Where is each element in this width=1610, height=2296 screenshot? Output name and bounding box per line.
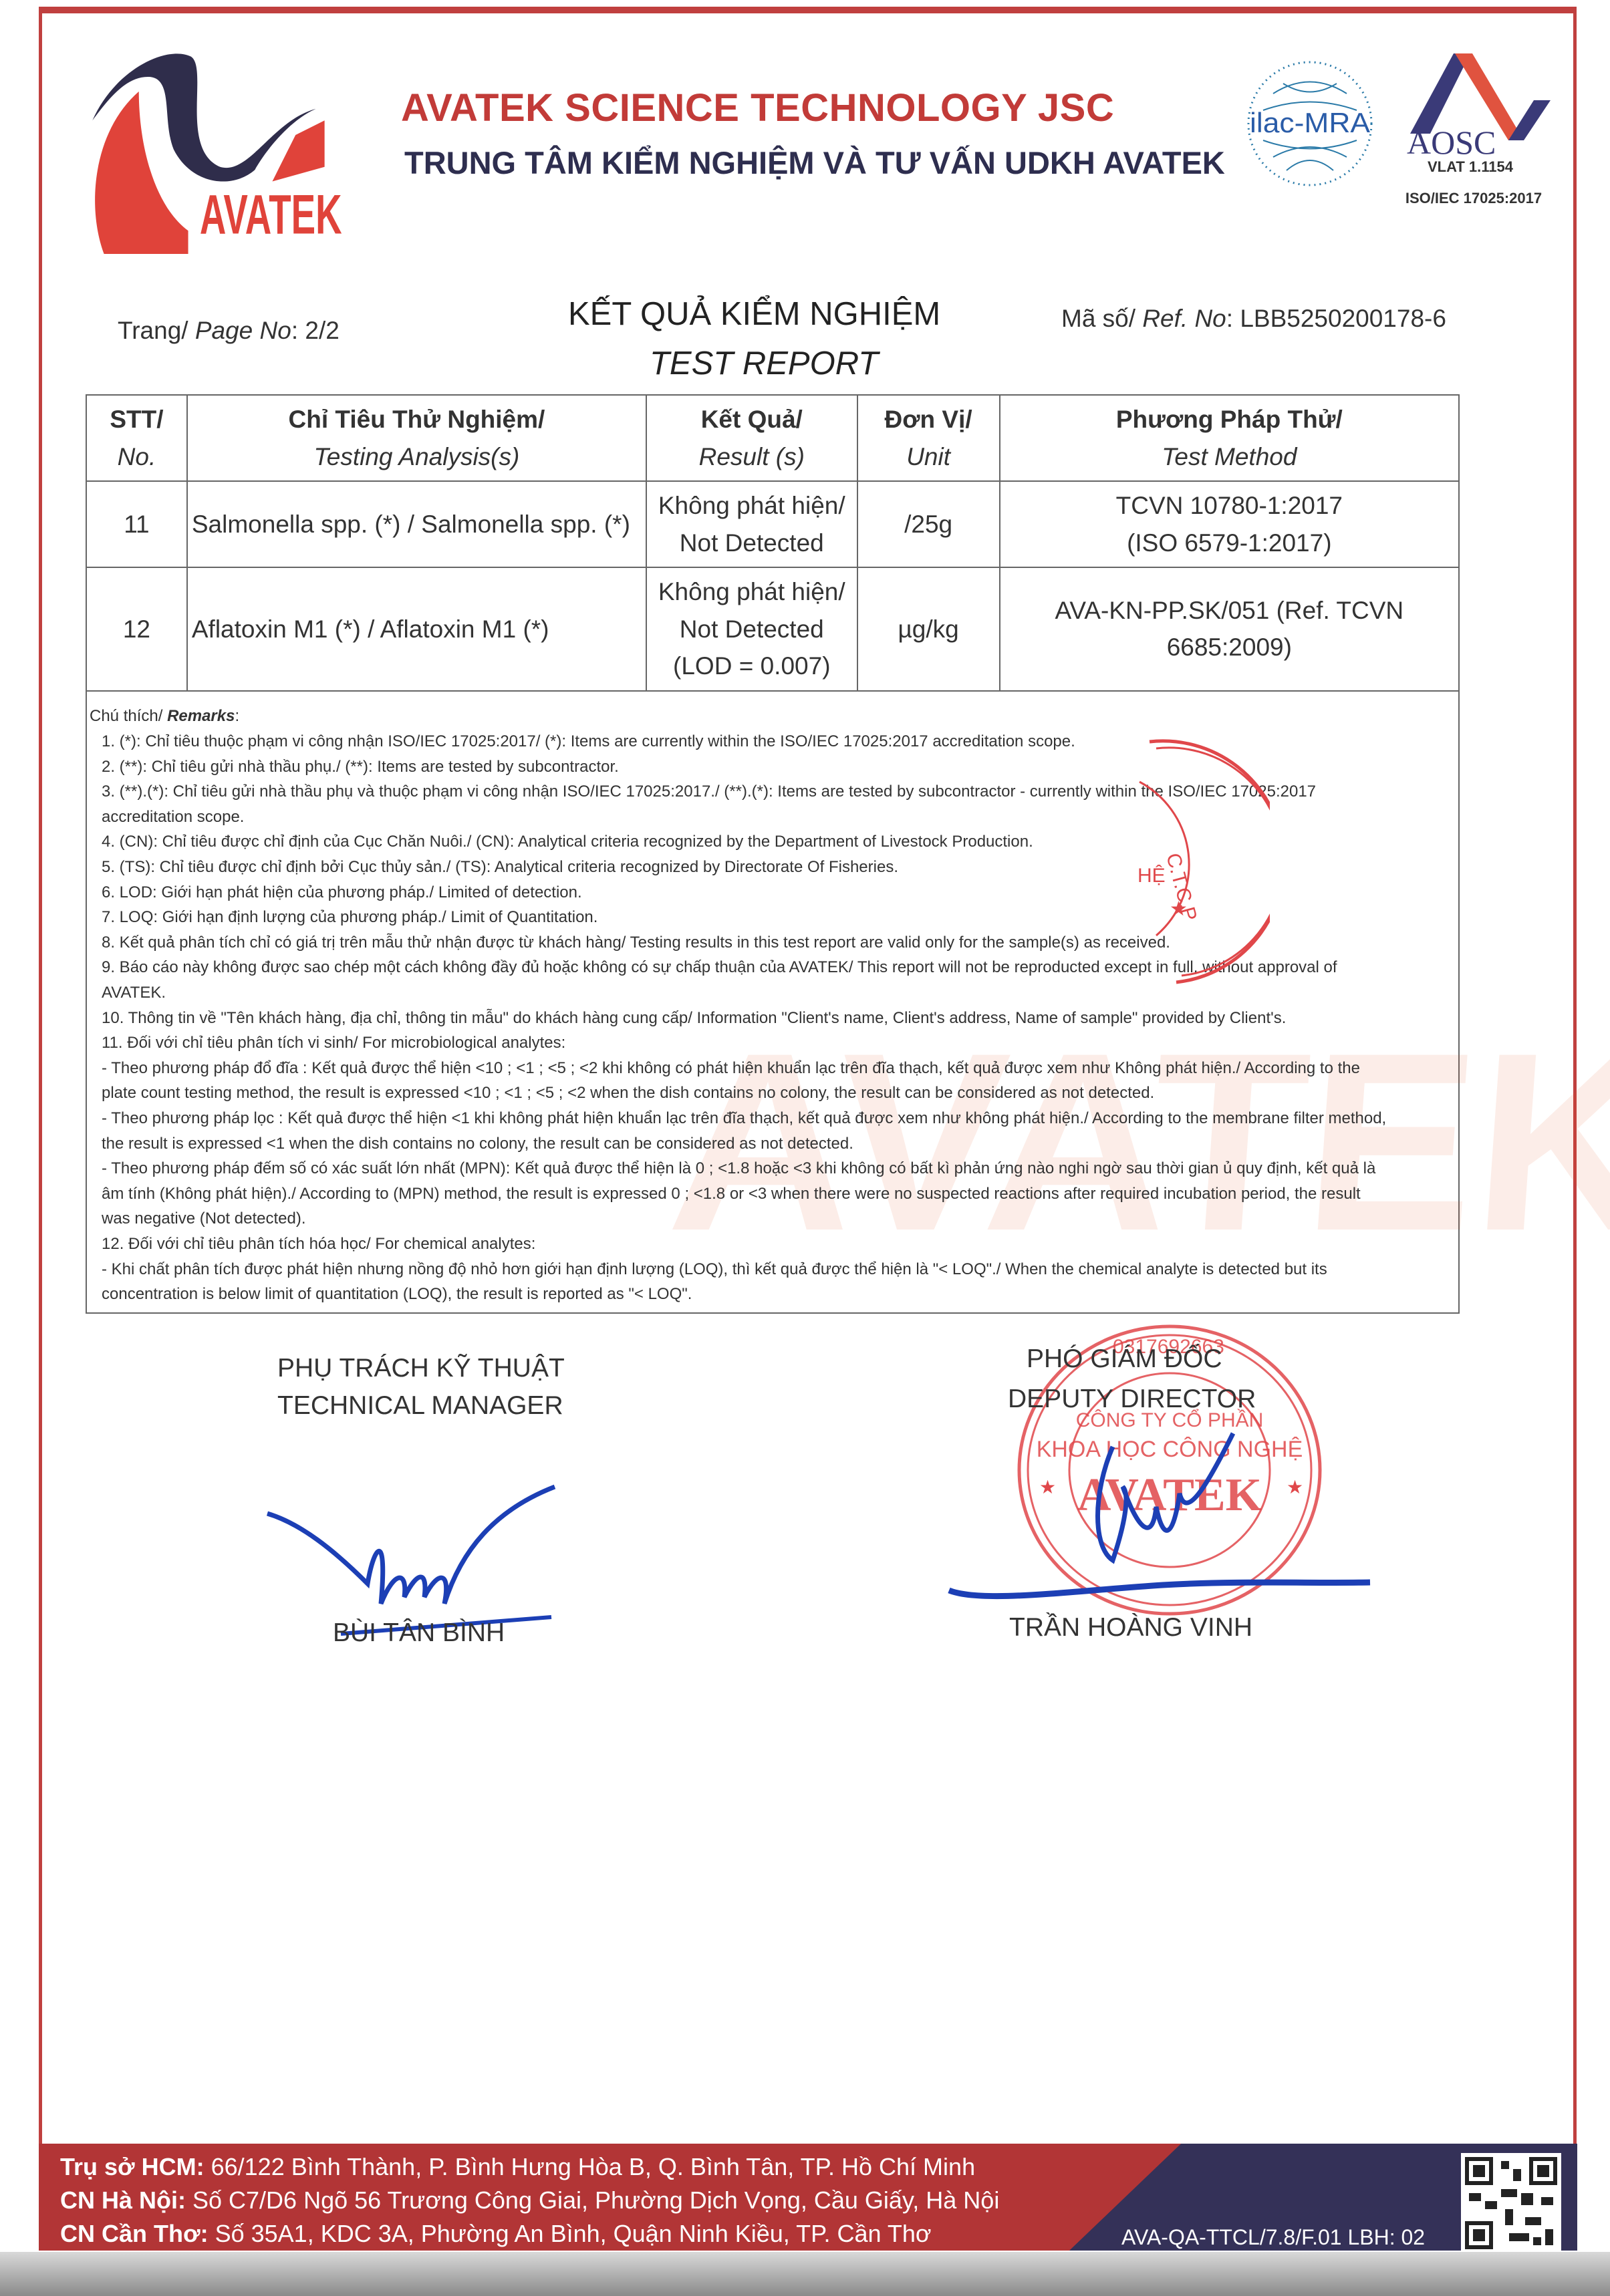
reference-number: Mã số/ Ref. No: LBB5250200178-6 <box>1061 305 1446 333</box>
ilac-mra-logo-icon: ilac-MRA <box>1243 57 1377 190</box>
remark-line: plate count testing method, the result i… <box>102 1084 1154 1103</box>
scan-bottom-edge <box>0 2252 1610 2296</box>
col-header-result: Kết Quả/Result (s) <box>646 395 857 481</box>
remark-line: 11. Đối với chỉ tiêu phân tích vi sinh/ … <box>102 1034 565 1052</box>
cell-result: Không phát hiện/Not Detected(LOD = 0.007… <box>646 567 857 691</box>
svg-text:AVATEK: AVATEK <box>1077 1469 1262 1521</box>
col-header-method: Phương Pháp Thử/Test Method <box>1000 395 1459 481</box>
remark-line: - Theo phương pháp đổ đĩa : Kết quả được… <box>102 1059 1360 1078</box>
company-name-vn: TRUNG TÂM KIỂM NGHIỆM VÀ TƯ VẤN UDKH AVA… <box>404 144 1225 181</box>
remark-line: 10. Thông tin về "Tên khách hàng, địa ch… <box>102 1009 1286 1028</box>
remark-line: 3. (**).(*): Chỉ tiêu gửi nhà thầu phụ v… <box>102 782 1316 801</box>
cell-no: 12 <box>86 567 187 691</box>
remark-line: concentration is below limit of quantita… <box>102 1285 692 1304</box>
svg-text:KHOA HỌC CÔNG NGHỆ: KHOA HỌC CÔNG NGHỆ <box>1037 1437 1303 1462</box>
results-table: STT/No. Chỉ Tiêu Thử Nghiệm/Testing Anal… <box>86 394 1460 692</box>
remark-line: - Khi chất phân tích được phát hiện nhưn… <box>102 1260 1327 1279</box>
remark-line: 8. Kết quả phân tích chỉ có giá trị trên… <box>102 934 1170 952</box>
page-top-border <box>39 7 1576 13</box>
signatory-left-title-en: TECHNICAL MANAGER <box>277 1391 563 1421</box>
table-row: 12 Aflatoxin M1 (*) / Aflatoxin M1 (*) K… <box>86 567 1459 691</box>
ilac-text: ilac-MRA <box>1250 107 1370 138</box>
remark-line: was negative (Not detected). <box>102 1209 306 1228</box>
cell-no: 11 <box>86 481 187 567</box>
signature-left-icon <box>261 1470 561 1644</box>
cell-unit: /25g <box>857 481 1000 567</box>
table-row: 11 Salmonella spp. (*) / Salmonella spp.… <box>86 481 1459 567</box>
remark-line: 6. LOD: Giới hạn phát hiện của phương ph… <box>102 883 582 902</box>
remark-line: 2. (**): Chỉ tiêu gửi nhà thầu phụ./ (**… <box>102 758 619 776</box>
remark-line: - Theo phương pháp đếm số có xác suất lớ… <box>102 1159 1375 1178</box>
address-hcm: Trụ sở HCM: 66/122 Bình Thành, P. Bình H… <box>60 2153 975 2181</box>
cell-method: AVA-KN-PP.SK/051 (Ref. TCVN6685:2009) <box>1000 567 1459 691</box>
cell-method: TCVN 10780-1:2017(ISO 6579-1:2017) <box>1000 481 1459 567</box>
company-name-en: AVATEK SCIENCE TECHNOLOGY JSC <box>401 86 1114 130</box>
logo-wordmark: AVATEK <box>200 184 342 246</box>
remark-line: accreditation scope. <box>102 808 244 827</box>
signature-right-underline-icon <box>942 1570 1377 1617</box>
page-number: Trang/ Page No: 2/2 <box>118 317 340 345</box>
cell-result: Không phát hiện/Not Detected <box>646 481 857 567</box>
table-header-row: STT/No. Chỉ Tiêu Thử Nghiệm/Testing Anal… <box>86 395 1459 481</box>
report-title-en: TEST REPORT <box>650 345 878 382</box>
report-title-vn: KẾT QUẢ KIỂM NGHIỆM <box>568 295 940 333</box>
signatory-right-title-en: DEPUTY DIRECTOR <box>1008 1385 1256 1414</box>
iso-standard: ISO/IEC 17025:2017 <box>1393 190 1554 207</box>
remark-line: 5. (TS): Chỉ tiêu được chỉ định bởi Cục … <box>102 858 898 877</box>
signatory-right-title-vn: PHÓ GIÁM ĐỐC <box>1027 1344 1222 1374</box>
svg-text:★: ★ <box>1039 1476 1056 1498</box>
remark-line: 12. Đối với chỉ tiêu phân tích hóa học/ … <box>102 1235 535 1254</box>
col-header-unit: Đơn Vị/Unit <box>857 395 1000 481</box>
cell-analysis: Salmonella spp. (*) / Salmonella spp. (*… <box>187 481 646 567</box>
remarks-title: Chú thích/ Remarks: <box>90 707 239 726</box>
page-left-border <box>39 7 42 2165</box>
qr-code-icon <box>1461 2153 1561 2253</box>
col-header-analysis: Chỉ Tiêu Thử Nghiệm/Testing Analysis(s) <box>187 395 646 481</box>
signatory-left-name: BÙI TÂN BÌNH <box>333 1618 505 1648</box>
signatory-right-name: TRẦN HOÀNG VINH <box>1009 1613 1252 1642</box>
vlat-code: VLAT 1.1154 <box>1403 158 1537 176</box>
remark-line: âm tính (Không phát hiện)./ According to… <box>102 1185 1361 1203</box>
avatek-logo-icon: AVATEK <box>79 33 373 254</box>
col-header-no: STT/No. <box>86 395 187 481</box>
address-hanoi: CN Hà Nội: Số C7/D6 Ngõ 56 Trương Công G… <box>60 2186 999 2214</box>
page-right-border <box>1573 7 1577 2165</box>
address-cantho: CN Cần Thơ: Số 35A1, KDC 3A, Phường An B… <box>60 2220 932 2248</box>
svg-text:★: ★ <box>1287 1476 1303 1498</box>
aosc-text: AOSC <box>1407 124 1496 161</box>
company-stamp-partial-icon: HỆ C.T.C.P ★ <box>1136 735 1270 989</box>
remark-line: AVATEK. <box>102 984 166 1002</box>
remark-line: 4. (CN): Chỉ tiêu được chỉ định của Cục … <box>102 833 1033 851</box>
form-code: AVA-QA-TTCL/7.8/F.01 LBH: 02 <box>1121 2225 1425 2250</box>
signatory-left-title-vn: PHỤ TRÁCH KỸ THUẬT <box>277 1354 565 1383</box>
remark-line: 7. LOQ: Giới hạn định lượng của phương p… <box>102 908 597 927</box>
svg-text:★: ★ <box>1170 897 1188 921</box>
cell-unit: µg/kg <box>857 567 1000 691</box>
cell-analysis: Aflatoxin M1 (*) / Aflatoxin M1 (*) <box>187 567 646 691</box>
remark-line: the result is expressed <1 when the dish… <box>102 1135 853 1153</box>
remark-line: 1. (*): Chỉ tiêu thuộc phạm vi công nhận… <box>102 732 1075 751</box>
remark-line: - Theo phương pháp lọc : Kết quả được th… <box>102 1109 1386 1128</box>
svg-text:HỆ: HỆ <box>1137 865 1166 887</box>
